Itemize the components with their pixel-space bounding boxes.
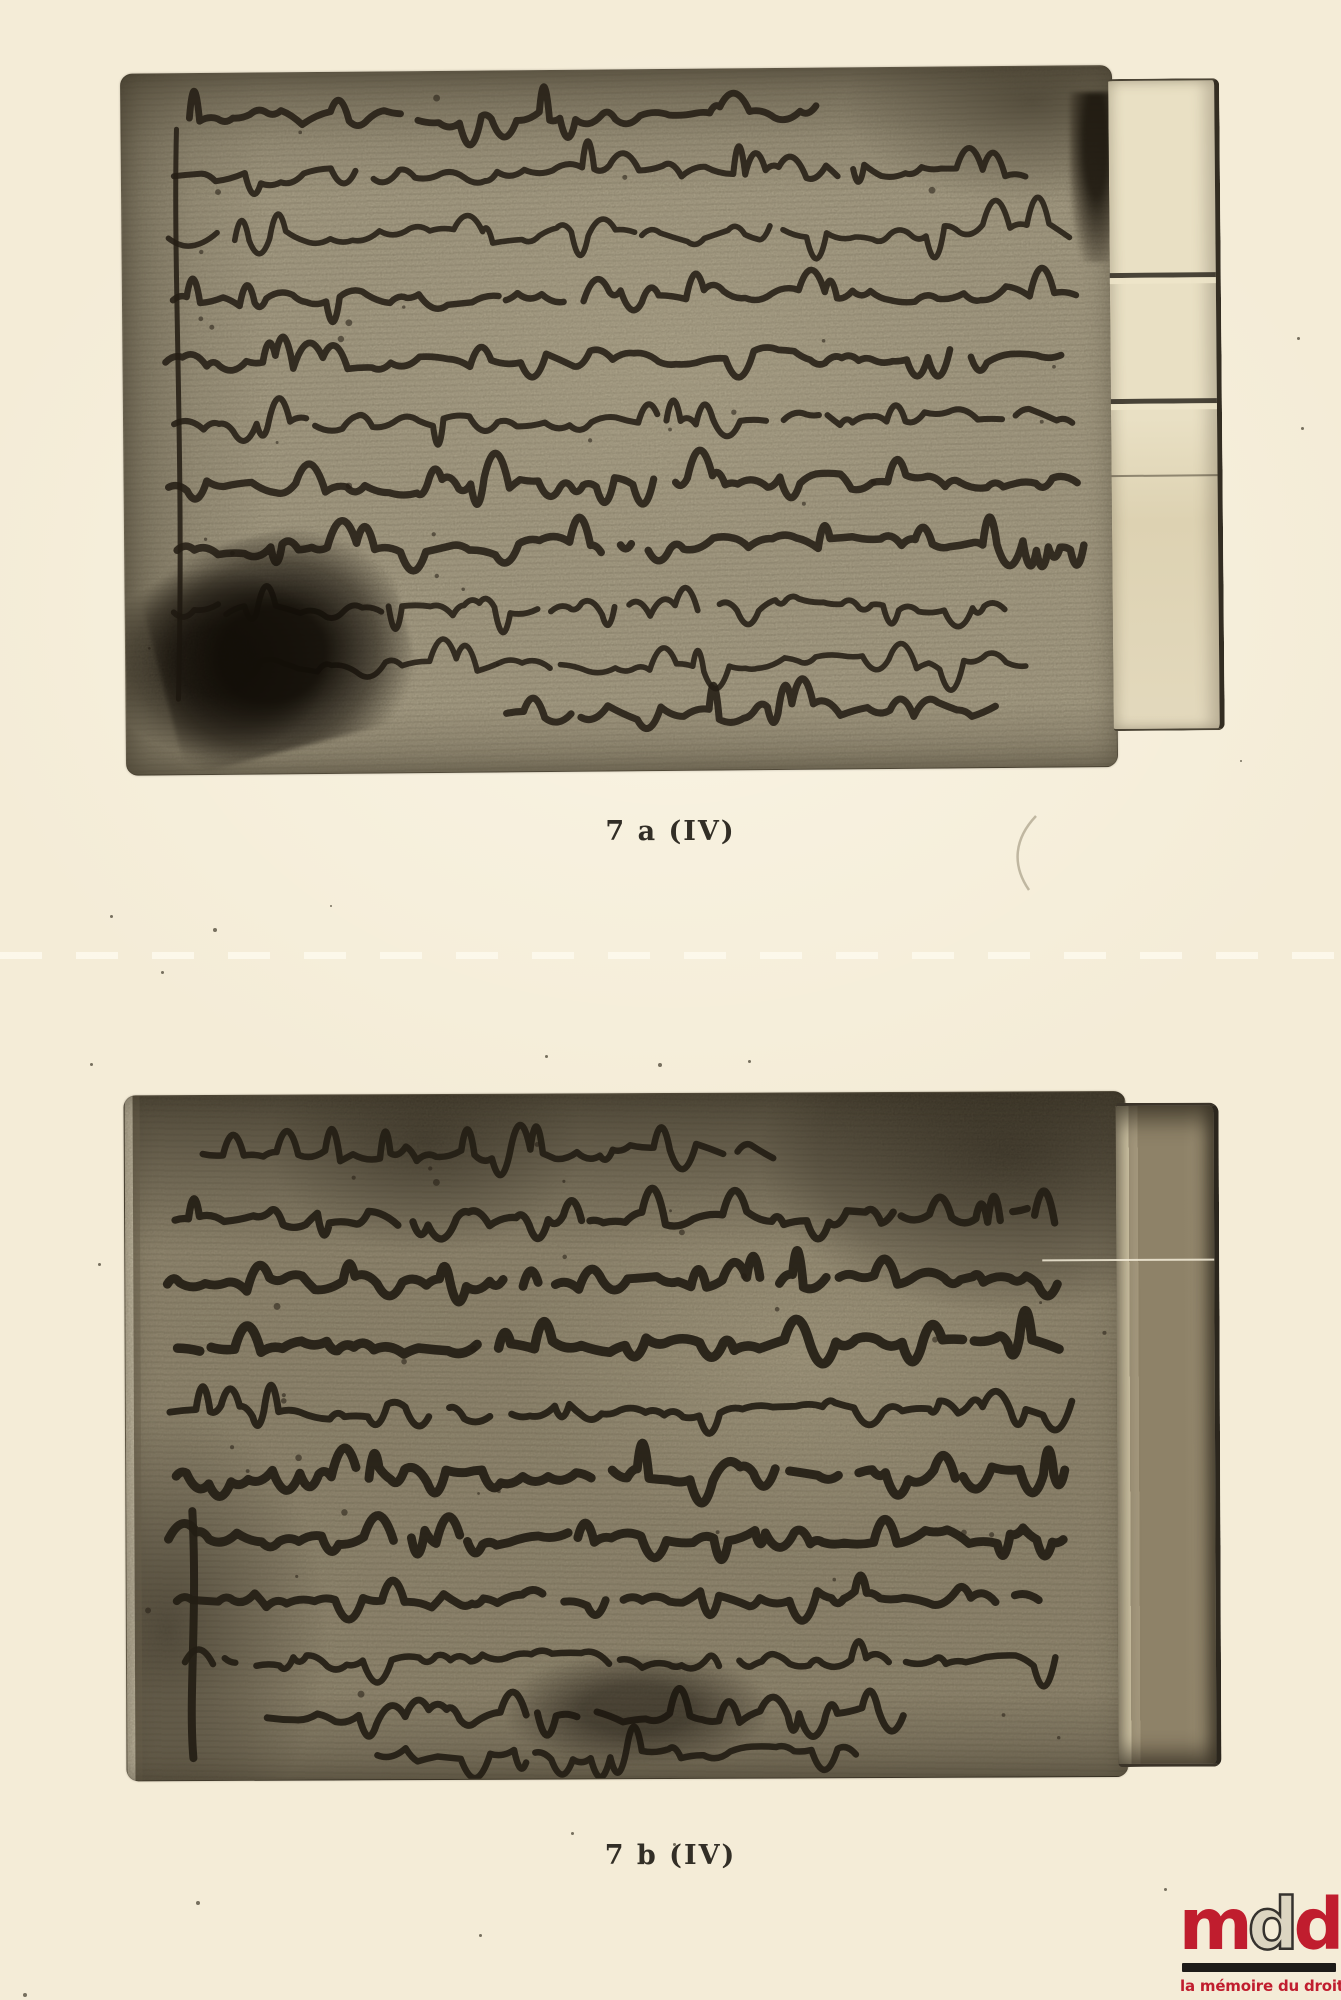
paper-speck — [673, 1843, 676, 1846]
paper-speck — [571, 1832, 574, 1835]
paper-speck — [658, 1063, 662, 1067]
paper-speck — [479, 1934, 482, 1937]
paper-speck — [213, 928, 217, 932]
plate-7a-caption: 7 a (IV) — [0, 816, 1341, 847]
tablet-7a-binding-edge — [1108, 78, 1225, 731]
paper-speck — [98, 1263, 101, 1266]
logo-letter-d-outline: d — [1248, 1889, 1294, 1960]
paper-speck — [545, 1055, 548, 1058]
logo-letter-d: d — [1294, 1889, 1340, 1960]
paper-arc-mark — [998, 806, 1058, 901]
paper-speck — [330, 905, 332, 907]
edge-notch — [1110, 272, 1216, 278]
paper-speck — [90, 1063, 93, 1066]
paper-speck — [23, 1993, 27, 1997]
plate-7b — [113, 1083, 1224, 1788]
plate-7a — [100, 52, 1226, 780]
handwriting-7a — [121, 66, 1117, 775]
paper-speck — [1240, 760, 1242, 762]
plate-7b-caption: 7 b (IV) — [0, 1840, 1341, 1871]
logo-tagline: la mémoire du droit — [1180, 1977, 1338, 1995]
paper-speck — [161, 971, 164, 974]
mdd-logo-word: m d d — [1180, 1884, 1338, 1960]
edge-hairline — [1112, 474, 1218, 477]
page-fold-line — [0, 952, 1341, 959]
paper-speck — [1297, 337, 1300, 340]
paper-speck — [110, 915, 113, 918]
handwriting-7b — [125, 1092, 1128, 1780]
scanned-plate-page: 7 a (IV) 7 b (IV) m d d la mémoire du dr… — [0, 0, 1341, 2000]
paper-speck — [1301, 427, 1304, 430]
tablet-7b-binding-edge — [1116, 1103, 1222, 1767]
paper-speck — [196, 1901, 200, 1905]
mdd-logo: m d d la mémoire du droit — [1180, 1884, 1338, 1995]
tablet-7b-photo — [124, 1091, 1129, 1781]
paper-speck — [1164, 1888, 1167, 1891]
tablet-7a-photo — [120, 65, 1118, 776]
paper-speck — [748, 1060, 751, 1063]
logo-letter-m: m — [1179, 1889, 1248, 1960]
edge-notch — [1111, 398, 1217, 404]
